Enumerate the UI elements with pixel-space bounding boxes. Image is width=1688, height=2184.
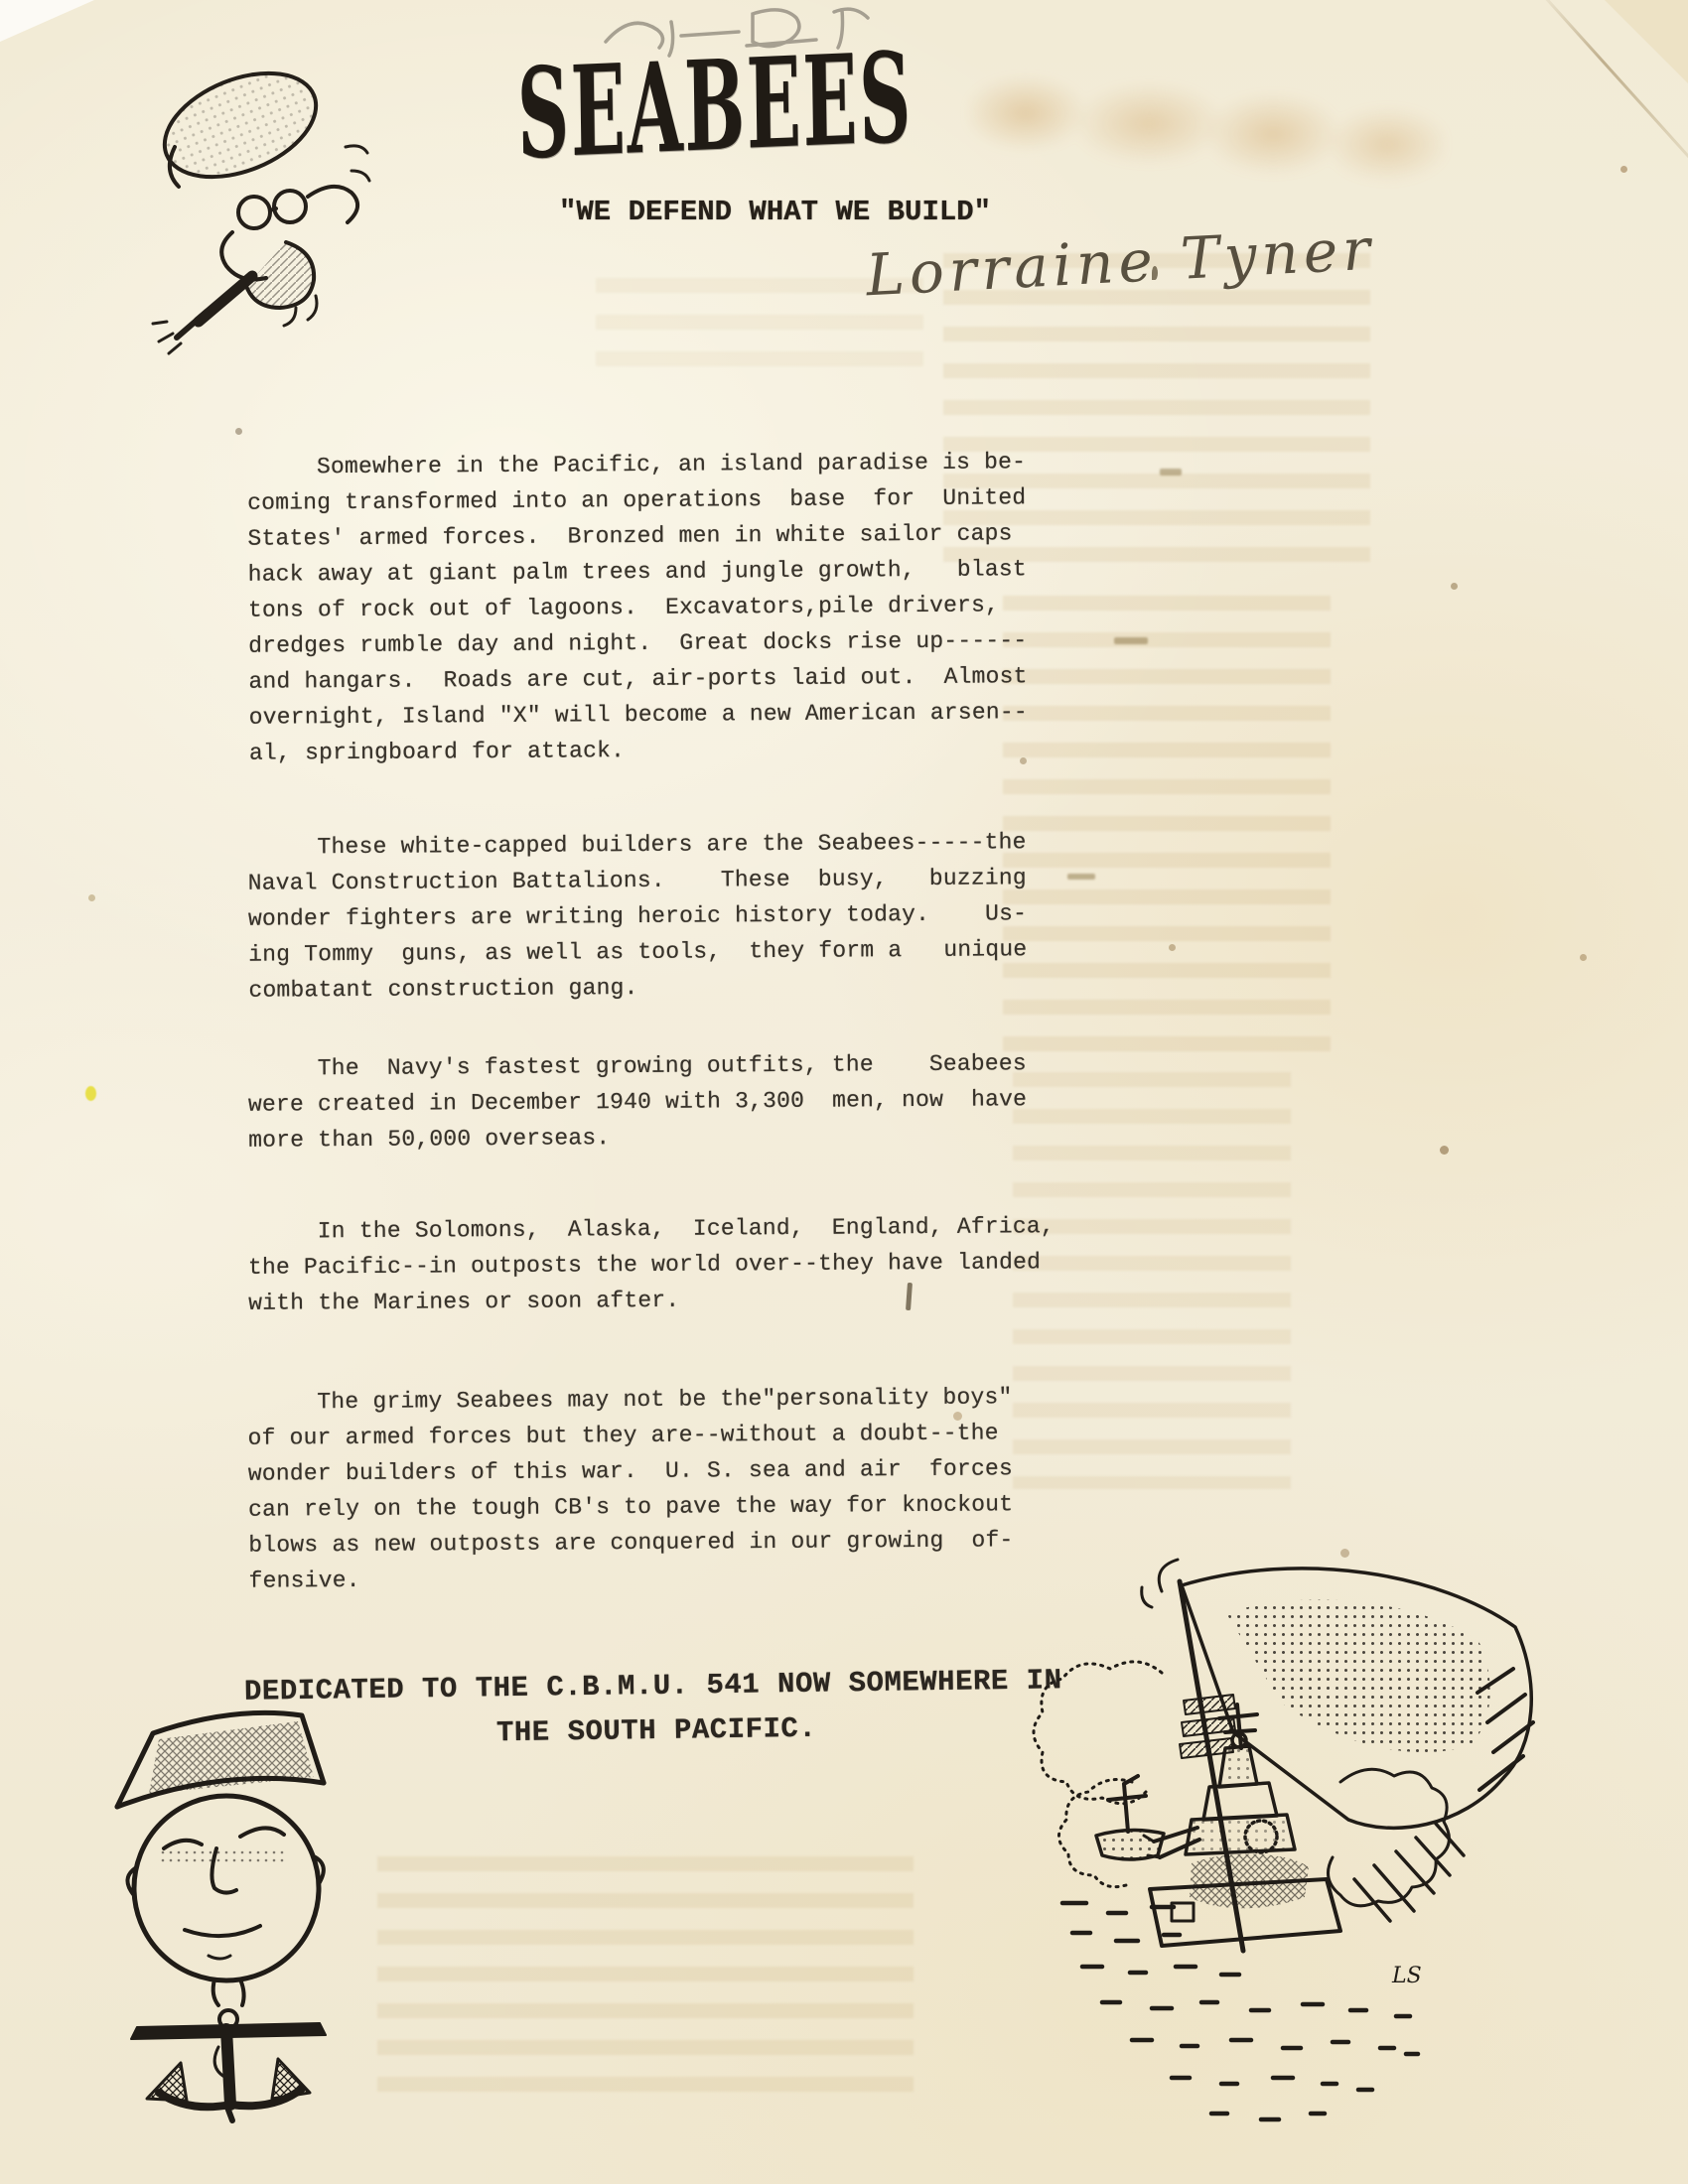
paper-specks	[0, 0, 5, 5]
text-line: The Navy's fastest growing outfits, the …	[248, 1045, 1027, 1086]
text-line: fensive.	[249, 1558, 1014, 1598]
text-line: In the Solomons, Alaska, Iceland, Englan…	[248, 1208, 1055, 1250]
text-line: The grimy Seabees may not be the"persona…	[247, 1379, 1012, 1420]
paper-corner-top-left	[0, 0, 94, 42]
artist-initials: LS	[1391, 1964, 1422, 1988]
bleedthrough-text	[377, 1856, 914, 2095]
text-line: dredges rumble day and night. Great dock…	[248, 622, 1027, 663]
text-line: wonder builders of this war. U. S. sea a…	[248, 1450, 1013, 1491]
text-line: wonder fighters are writing heroic histo…	[248, 895, 1027, 936]
naval-battle-illustration: LS	[1013, 1534, 1609, 2149]
bleedthrough-text	[1003, 596, 1331, 1052]
sailor-anchor-illustration	[89, 1700, 367, 2136]
paragraph-4: In the Solomons, Alaska, Iceland, Englan…	[248, 1208, 1055, 1321]
text-line: overnight, Island "X" will become a new …	[249, 694, 1028, 735]
bleedthrough-ghost-title	[968, 30, 1445, 238]
paragraph-5: The grimy Seabees may not be the"persona…	[247, 1379, 1014, 1598]
text-line: combatant construction gang.	[248, 967, 1027, 1008]
bleedthrough-mark	[1114, 637, 1148, 644]
text-line: with the Marines or soon after.	[248, 1280, 1055, 1321]
text-line: hack away at giant palm trees and jungle…	[248, 551, 1027, 592]
page-title: SEABEES	[516, 25, 914, 187]
text-line: These white-capped builders are the Seab…	[247, 824, 1026, 865]
paragraph-2: These white-capped builders are the Seab…	[247, 824, 1027, 1008]
text-line: were created in December 1940 with 3,300…	[248, 1081, 1027, 1122]
text-line: Naval Construction Battalions. These bus…	[248, 860, 1027, 900]
bleedthrough-mark	[1160, 469, 1182, 476]
bleedthrough-mark	[1067, 874, 1095, 880]
text-line: and hangars. Roads are cut, air-ports la…	[248, 658, 1027, 699]
seabee-mascot-illustration	[137, 52, 405, 359]
text-line: blows as new outposts are conquered in o…	[248, 1522, 1013, 1563]
paragraph-3: The Navy's fastest growing outfits, the …	[248, 1045, 1028, 1158]
text-line: States' armed forces. Bronzed men in whi…	[247, 515, 1026, 556]
text-line: al, springboard for attack.	[249, 730, 1028, 770]
paragraph-1: Somewhere in the Pacific, an island para…	[247, 444, 1028, 770]
text-line: can rely on the tough CB's to pave the w…	[248, 1486, 1013, 1527]
dedication-line-2: THE SOUTH PACIFIC.	[496, 1712, 817, 1749]
text-line: tons of rock out of lagoons. Excavators,…	[248, 587, 1027, 627]
motto: "WE DEFEND WHAT WE BUILD"	[559, 196, 991, 228]
yellow-stain	[85, 1086, 96, 1101]
text-line: ing Tommy guns, as well as tools, they f…	[248, 931, 1027, 972]
text-line: coming transformed into an operations ba…	[247, 479, 1026, 520]
text-line: the Pacific--in outposts the world over-…	[248, 1244, 1055, 1286]
scanned-document-page: SEABEES "WE DEFEND WHAT WE BUILD" Lorrai…	[0, 0, 1688, 2184]
text-line: more than 50,000 overseas.	[248, 1117, 1027, 1158]
text-line: Somewhere in the Pacific, an island para…	[247, 444, 1026, 484]
paper-corner-top-right	[1605, 0, 1688, 83]
handwritten-signature: Lorraine Tyner	[865, 215, 1377, 310]
text-line: of our armed forces but they are--withou…	[248, 1415, 1013, 1455]
